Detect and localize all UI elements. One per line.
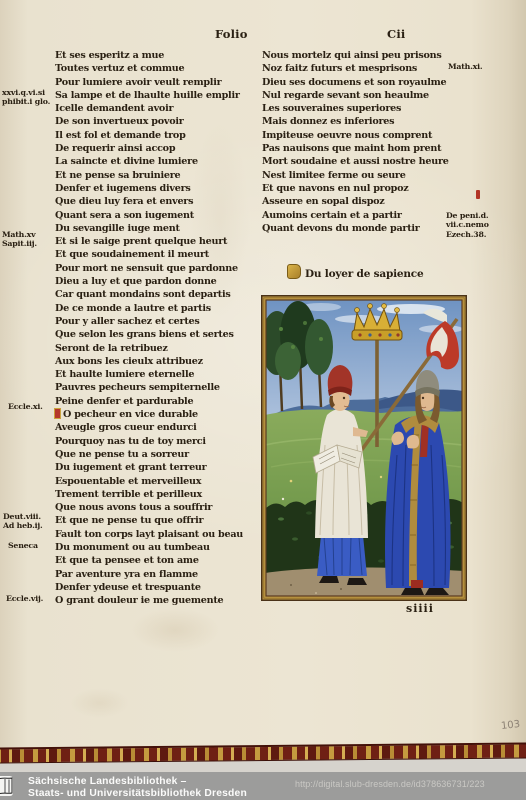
- verse-line: Nul regarde sevant son heaulme: [262, 89, 467, 102]
- margin-note-math-sapit: Math.xv Sapit.iij.: [2, 230, 37, 249]
- verse-line: Que nous avons tous a souffrir: [55, 501, 260, 514]
- verse-line: Pourquoy nas tu de toy merci: [55, 435, 260, 448]
- verse-line: O pecheur en vice durable: [55, 408, 260, 421]
- library-name-line1: Sächsische Landesbibliothek –: [28, 776, 247, 788]
- library-name-line2: Staats- und Universitätsbibliothek Dresd…: [28, 788, 247, 800]
- margin-note-deut-heb: Deut.viii. Ad heb.ij.: [3, 512, 43, 531]
- verse-line: Pour mort ne sensuit que pardonne: [55, 262, 260, 275]
- verse-line: Pour y aller sachez et certes: [55, 315, 260, 328]
- paper-stain: [130, 608, 220, 652]
- red-gold-paragraph-mark: [55, 409, 60, 418]
- verse-line: Asseure en sopal dispoz: [262, 195, 467, 208]
- verse-line: Du monument ou au tumbeau: [55, 541, 260, 554]
- digital-collection-url: http://digital.slub-dresden.de/id3786367…: [295, 779, 485, 789]
- verse-line: Et si le saige prent quelque heurt: [55, 235, 260, 248]
- verse-line: Toutes vertuz et commue: [55, 62, 260, 75]
- verse-line: Par aventure yra en flamme: [55, 568, 260, 581]
- margin-note-canon-ref: xxvi.q.vi.si phibit.i glo.: [2, 88, 50, 107]
- verse-line: Noz faitz futurs et mesprisons: [262, 62, 467, 75]
- section-heading: Du loyer de sapience: [287, 264, 423, 280]
- verse-line: Sa lampe et de lhaulte huille emplir: [55, 89, 260, 102]
- verse-line: Mort soudaine et aussi nostre heure: [262, 155, 467, 168]
- verse-line: Espouentable et merveilleux: [55, 475, 260, 488]
- verse-line: Du sevangille iuge ment: [55, 222, 260, 235]
- verse-line: Les souveraines superiores: [262, 102, 467, 115]
- quire-signature: siiii: [406, 602, 434, 615]
- verse-line: Trement terrible et perilleux: [55, 488, 260, 501]
- verse-line: Aveugle gros cueur endurci: [55, 421, 260, 434]
- verse-line: Que dieu luy fera et envers: [55, 195, 260, 208]
- verse-line: Et que ne pense tu que offrir: [55, 514, 260, 527]
- verse-line: Et haulte lumiere eternelle: [55, 368, 260, 381]
- manuscript-page: Folio Cii Et ses esperitz a mueToutes ve…: [0, 0, 526, 752]
- paper-stain: [70, 688, 130, 718]
- verse-line: Nest limitee ferme ou seure: [262, 169, 467, 182]
- miniature-illustration: [261, 295, 467, 601]
- verse-line: Car quant mondains sont departis: [55, 288, 260, 301]
- verse-line: Aumoins certain et a partir: [262, 209, 467, 222]
- verse-line: De requerir ainsi accop: [55, 142, 260, 155]
- folio-number: Cii: [387, 27, 406, 41]
- verse-line: Et ses esperitz a mue: [55, 49, 260, 62]
- running-title: Folio: [215, 27, 248, 41]
- left-text-column: Et ses esperitz a mueToutes vertuz et co…: [55, 49, 260, 607]
- verse-line: Du iugement et grant terreur: [55, 461, 260, 474]
- verse-line: Et que navons en nul propoz: [262, 182, 467, 195]
- verse-line: Pauvres pecheurs sempiternelle: [55, 381, 260, 394]
- verse-line: Denfer et iugemens divers: [55, 182, 260, 195]
- library-name: Sächsische Landesbibliothek – Staats- un…: [28, 776, 247, 799]
- verse-line: Et que soudainement il meurt: [55, 248, 260, 261]
- verse-line: Mais donnez es inferiores: [262, 115, 467, 128]
- verse-line: Et ne pense sa bruiniere: [55, 169, 260, 182]
- slub-logo-icon: [0, 776, 13, 796]
- verse-line: Aux bons les cieulx attribuez: [55, 355, 260, 368]
- verse-line: Dieu ses documens et son royaulme: [262, 76, 467, 89]
- section-heading-text: Du loyer de sapience: [305, 268, 423, 280]
- verse-line: O grant douleur ie me guemente: [55, 594, 260, 607]
- verse-line: Icelle demandent avoir: [55, 102, 260, 115]
- verse-line: Impiteuse oeuvre nous comprent: [262, 129, 467, 142]
- miniature-frame: [261, 295, 467, 601]
- verse-line: Il est fol et demande trop: [55, 129, 260, 142]
- margin-note-eccle-xi: Eccle.xi.: [8, 402, 43, 411]
- verse-line: Que ne pense tu a sorreur: [55, 448, 260, 461]
- margin-note-peni-ezech: De peni.d. vii.c.nemo Ezech.38.: [446, 211, 489, 239]
- digitized-book-scan: Folio Cii Et ses esperitz a mueToutes ve…: [0, 0, 526, 800]
- verse-line: Quant sera a son iugement: [55, 209, 260, 222]
- verse-line: Nous mortelz qui ainsi peu prisons: [262, 49, 467, 62]
- red-ink-mark: [476, 190, 480, 199]
- verse-line: Et que ta pensee et ton ame: [55, 554, 260, 567]
- margin-note-eccle-vij: Eccle.vij.: [6, 594, 43, 603]
- gold-pilcrow-icon: [287, 264, 301, 279]
- verse-line: Que selon les grans biens et sertes: [55, 328, 260, 341]
- verse-line: Pas nauisons que maint hom prent: [262, 142, 467, 155]
- verse-line: Peine denfer et pardurable: [55, 395, 260, 408]
- margin-note-math-xi: Math.xi.: [448, 62, 482, 71]
- verse-line: Fault ton corps layt plaisant ou beau: [55, 528, 260, 541]
- verse-line: De ce monde a lautre et partis: [55, 302, 260, 315]
- pencil-folio-number: 103: [500, 719, 520, 732]
- footer-bar: Sächsische Landesbibliothek – Staats- un…: [0, 772, 526, 800]
- verse-line: Quant devons du monde partir: [262, 222, 467, 235]
- verse-line: Pour lumiere avoir veult remplir: [55, 76, 260, 89]
- verse-line: De son invertueux povoir: [55, 115, 260, 128]
- margin-note-seneca: Seneca: [8, 541, 38, 550]
- verse-line: Dieu a luy et que pardon donne: [55, 275, 260, 288]
- right-text-column: Nous mortelz qui ainsi peu prisonsNoz fa…: [262, 49, 467, 235]
- verse-line: La saincte et divine lumiere: [55, 155, 260, 168]
- verse-line: Seront de la retribuez: [55, 342, 260, 355]
- verse-line: Denfer ydeuse et trespuante: [55, 581, 260, 594]
